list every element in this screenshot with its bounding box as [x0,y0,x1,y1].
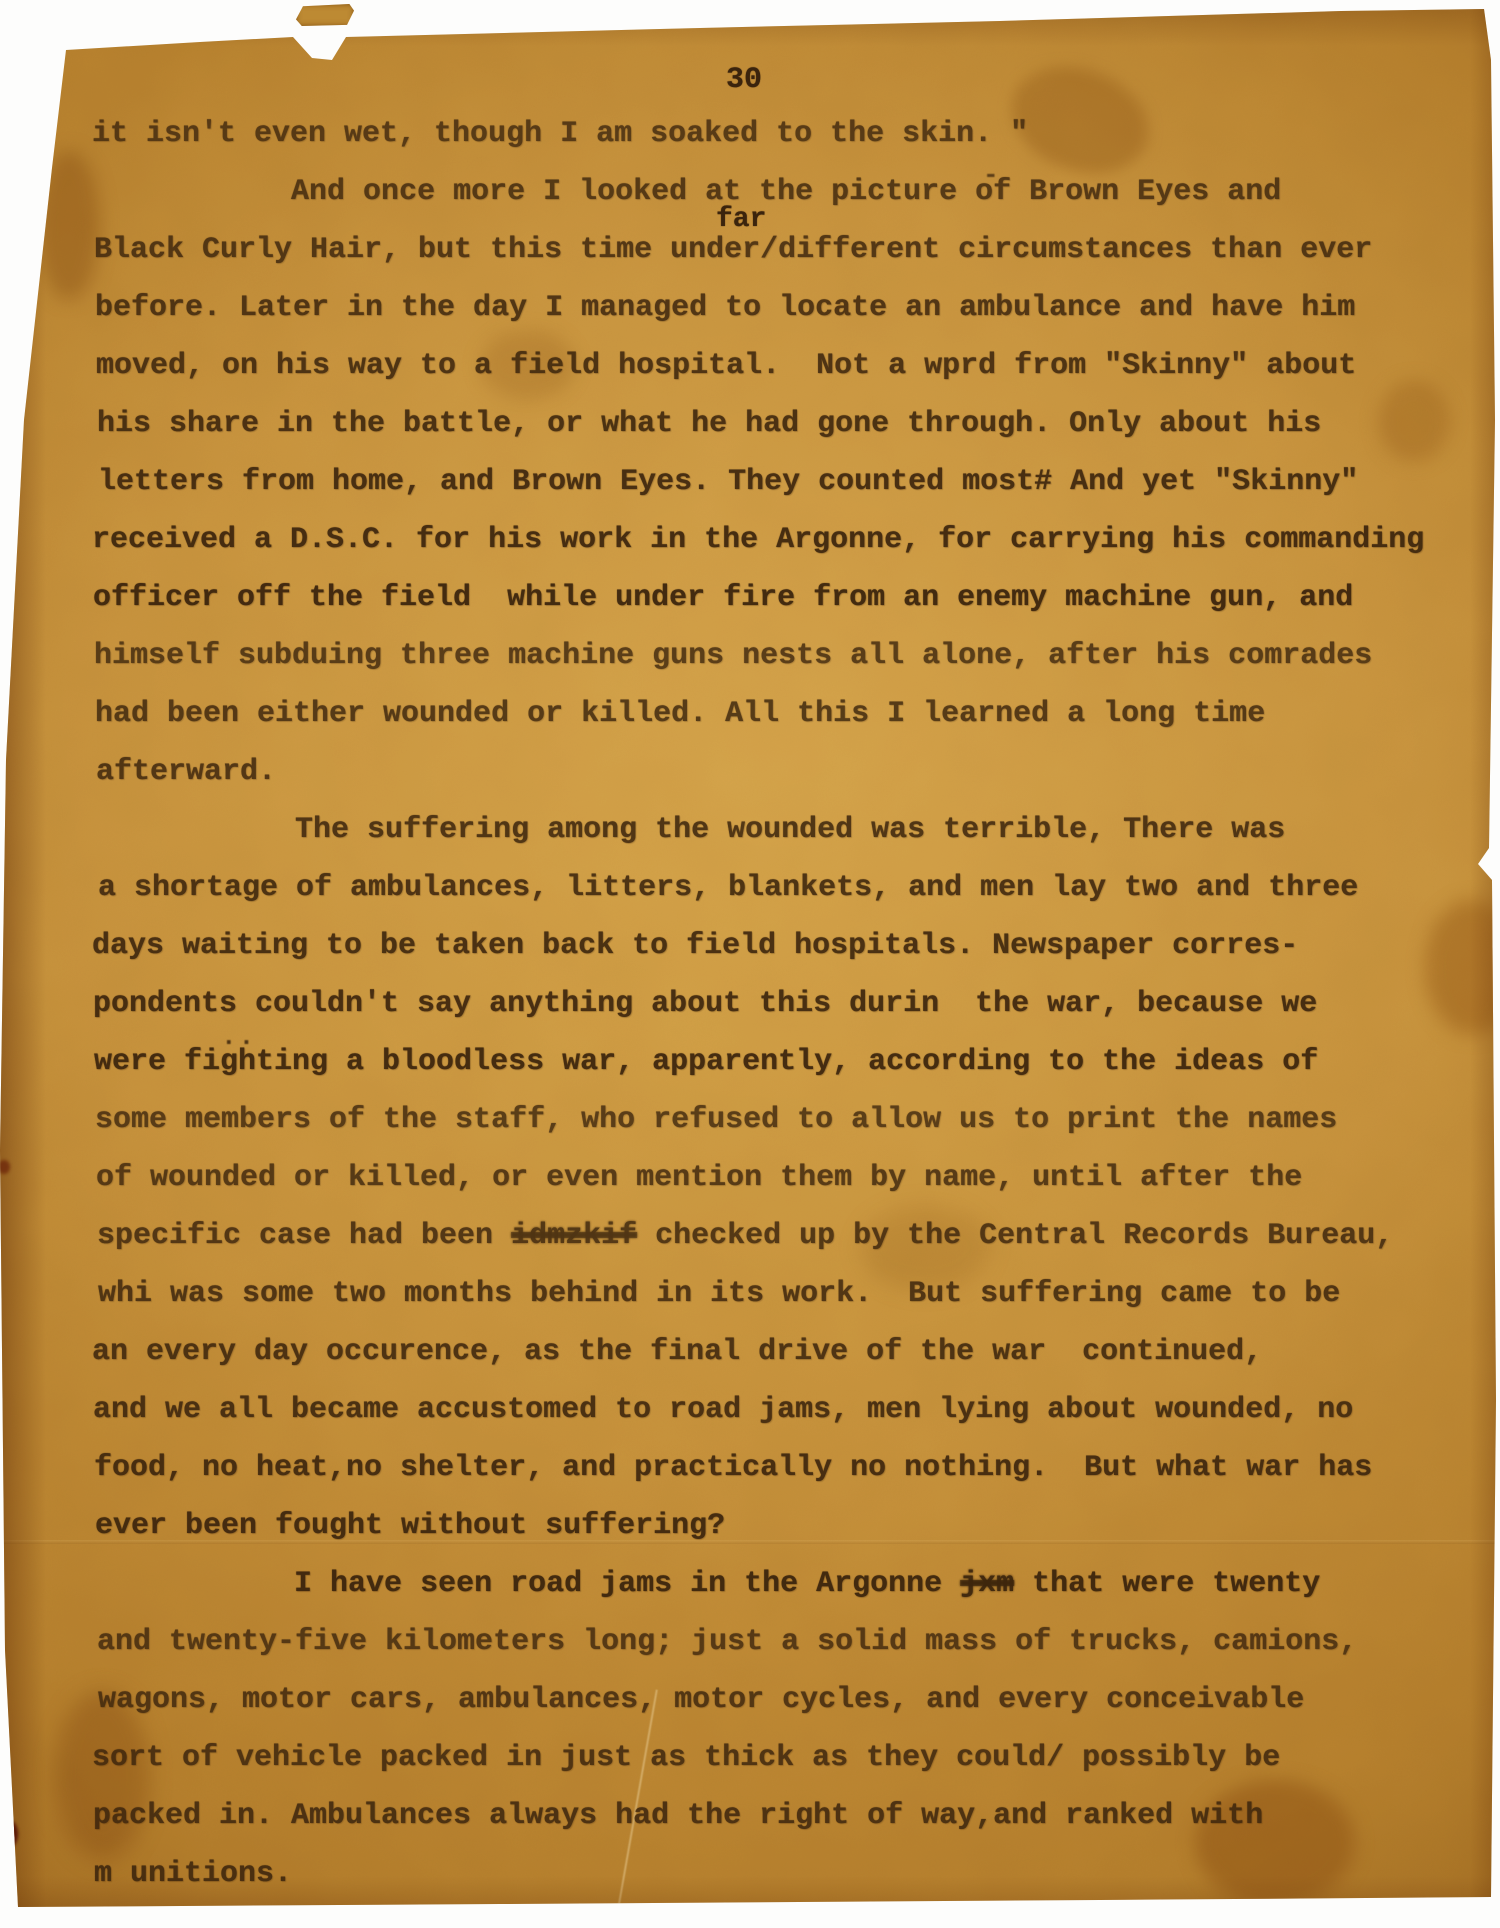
text-line: days waiting to be taken back to field h… [92,930,1298,962]
scanned-page: 30 it isn't even wet, though I am soaked… [0,0,1500,1928]
text-line: specific case had been idmzkif checked u… [97,1220,1393,1252]
text-line: moved, on his way to a field hospital. N… [96,350,1356,382]
torn-paper-chip [296,4,354,26]
text-line: it isn't even wet, though I am soaked to… [92,118,1028,150]
text-line: wagons, motor cars, ambulances, motor cy… [98,1684,1304,1716]
text-line: a shortage of ambulances, litters, blank… [98,872,1358,904]
text-line: his share in the battle, or what he had … [97,408,1321,440]
text-line: I have seen road jams in the Argonne jxm… [96,1568,1320,1600]
text-line: some members of the staff, who refused t… [95,1104,1337,1136]
text-line: received a D.S.C. for his work in the Ar… [92,524,1424,556]
text-line: pondents couldn't say anything about thi… [93,988,1317,1020]
text-line: and twenty-five kilometers long; just a … [97,1626,1357,1658]
text-line: before. Later in the day I managed to lo… [95,292,1355,324]
paper: 30 it isn't even wet, though I am soaked… [0,0,1500,1928]
ink-spot [0,0,24,42]
struck-out-word: jxm [960,1567,1014,1601]
text-line: officer off the field while under fire f… [93,582,1353,614]
text-line: sort of vehicle packed in just as thick … [92,1742,1280,1774]
overstrike-dots-mark: .. [221,1024,256,1050]
stray-dash-mark: - [983,162,999,188]
text-line: The suffering among the wounded was terr… [97,814,1285,846]
text-line: Black Curly Hair, but this time under/di… [94,234,1372,266]
text-line: whi was some two months behind in its wo… [98,1278,1340,1310]
typewritten-text: it isn't even wet, though I am soaked to… [0,0,1500,1928]
inserted-word-far: far [716,206,766,234]
text-line: and we all became accustomed to road jam… [93,1394,1353,1426]
text-line: letters from home, and Brown Eyes. They … [98,466,1358,498]
text-line: himself subduing three machine guns nest… [94,640,1372,672]
text-line: afterward. [96,756,276,788]
text-line: And once more I looked at the picture of… [93,176,1281,208]
struck-out-word: idmzkif [511,1219,637,1253]
text-line: were fighting a bloodless war, apparentl… [94,1046,1318,1078]
text-line: of wounded or killed, or even mention th… [96,1162,1302,1194]
text-line: packed in. Ambulances always had the rig… [93,1800,1263,1832]
text-line: food, no heat,no shelter, and practicall… [94,1452,1372,1484]
text-line: m unitions. [94,1858,292,1890]
text-line: had been either wounded or killed. All t… [95,698,1265,730]
text-line: ever been fought without suffering? [95,1510,725,1542]
text-line: an every day occurence, as the final dri… [92,1336,1262,1368]
